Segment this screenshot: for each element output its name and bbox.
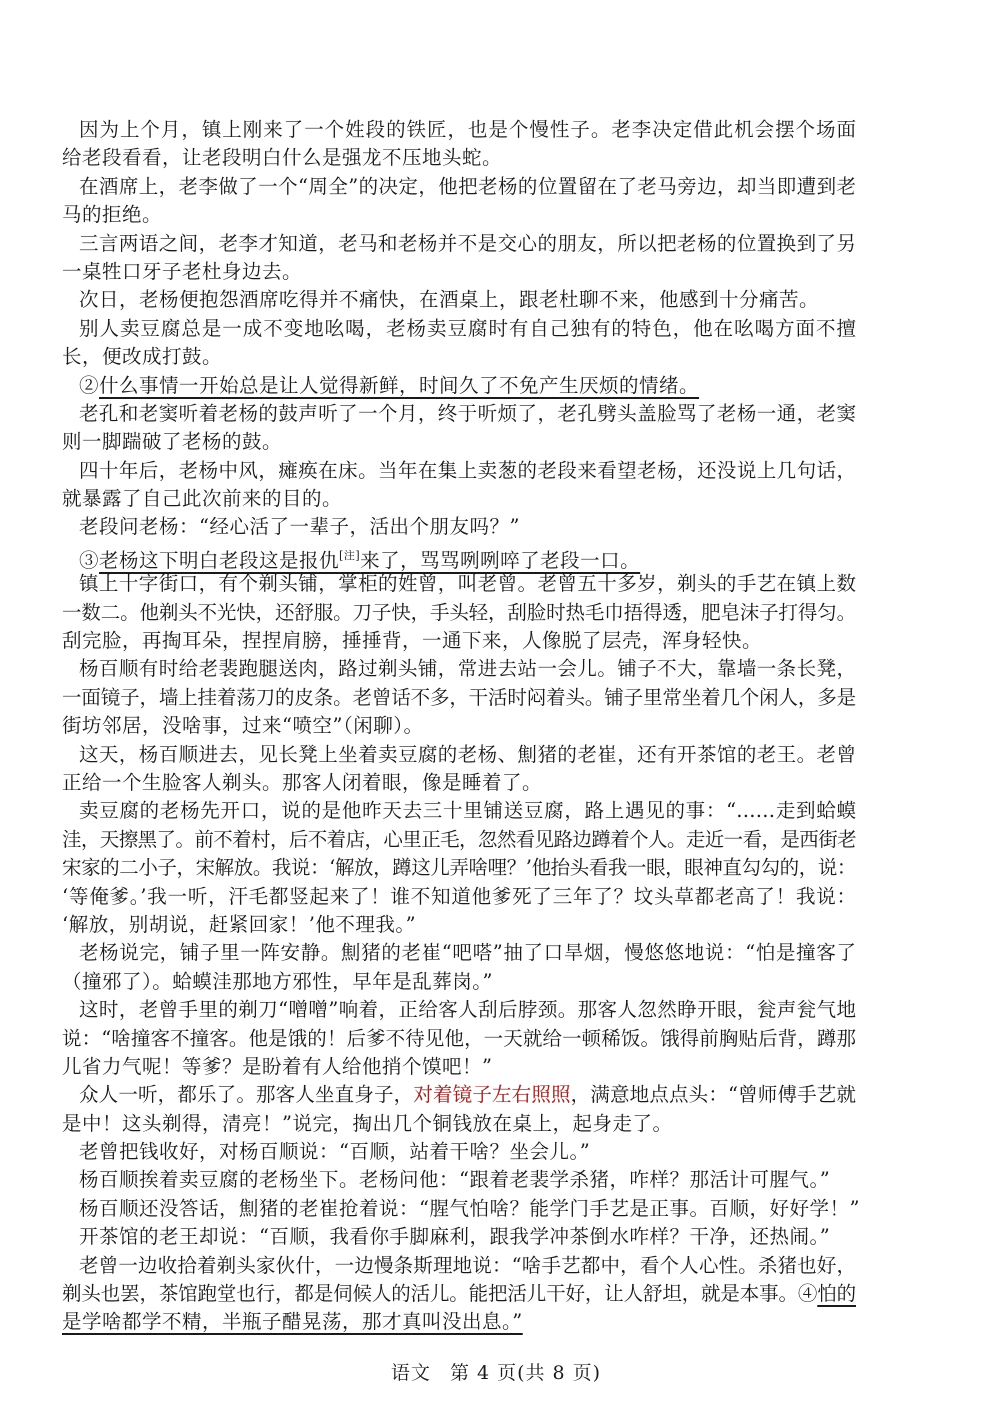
text-line: 杨百顺有时给老裴跑腿送肉，路过剃头铺，常进去站一会儿。铺子不大，靠墙一条长凳， [62,655,856,683]
text-line: 则一脚踹破了老杨的鼓。 [62,428,856,456]
text-line: 宋家的二小子，宋解放。我说：‘解放，蹲这儿弄啥哩？’他抬头看我一眼，眼神直勾勾的… [62,854,856,882]
text-segment: 刮完脸，再掏耳朵，捏捏肩膀，捶捶背，一通下来，人像脱了层壳，浑身轻快。 [62,629,762,652]
text-segment: 一桌牲口牙子老杜身边去。 [62,260,302,283]
text-segment: 宋家的二小子，宋解放。我说：‘解放，蹲这儿弄啥哩？’他抬头看我一眼，眼神直勾勾的… [62,856,856,879]
text-segment: ‘解放，别胡说，赶紧回家！’他不理我。” [62,913,416,936]
watermark-overlay-text: 对着镜子左右照照 [413,1083,570,1106]
text-segment: 一面镜子，墙上挂着荡刀的皮条。老曾话不多，干活时闷着头。铺子里常坐着几个闲人，多… [62,686,856,709]
exam-page: 因为上个月，镇上刚来了一个姓段的铁匠，也是个慢性子。老李决定借此机会摆个场面给老… [0,0,992,1403]
text-line: 老曾把钱收好，对杨百顺说：“百顺，站着干啥？坐会儿。” [62,1138,856,1166]
text-line: 众人一听，都乐了。那客人坐直身子，对着镜子左右照照，满意地点点头：“曾师傅手艺就 [62,1081,856,1109]
text-line: 老孔和老窦听着老杨的鼓声听了一个月，终于听烦了，老孔劈头盖脸骂了老杨一通，老窦 [62,400,856,428]
text-line: 一面镜子，墙上挂着荡刀的皮条。老曾话不多，干活时闷着头。铺子里常坐着几个闲人，多… [62,684,856,712]
text-segment: ，满意地点点头：“曾师傅手艺就 [571,1083,856,1106]
text-line: 这天，杨百顺进去，见长凳上坐着卖豆腐的老杨、劁猪的老崔，还有开茶馆的老王。老曾 [62,741,856,769]
text-segment: 剃头也罢，茶馆跑堂也行，都是伺候人的活儿。能把活儿干好，让人舒坦，就是本事。④ [62,1282,817,1305]
text-segment: 是中！这头剃得，清亮！”说完，掏出几个铜钱放在桌上，起身走了。 [62,1112,672,1135]
text-line: ②什么事情一开始总是让人觉得新鲜，时间久了不免产生厌烦的情绪。 [62,372,856,400]
underlined-sentence: 怕的 [817,1282,856,1305]
text-line: ③老杨这下明白老段这是报仇[注]来了，骂骂咧咧啐了老段一口。 [62,542,856,570]
text-line: 老段问老杨：“经心活了一辈子，活出个朋友吗？” [62,513,856,541]
text-segment: 因为上个月，镇上刚来了一个姓段的铁匠，也是个慢性子。老李决定借此机会摆个场面 [79,118,856,141]
text-line: 开茶馆的老王却说：“百顺，我看你手脚麻利，跟我学冲茶倒水咋样？干净，还热闹。” [62,1223,856,1251]
text-segment: 老曾把钱收好，对杨百顺说：“百顺，站着干啥？坐会儿。” [79,1140,590,1163]
text-segment: 洼，天擦黑了。前不着村，后不着店，心里正毛，忽然看见路边蹲着个人。走近一看，是西… [62,828,856,851]
text-segment: 这时，老曾手里的剃刀“噌噌”响着，正给客人刮后脖颈。那客人忽然睁开眼，瓮声瓮气地 [79,998,856,1021]
text-line: 说：“啥撞客不撞客。他是饿的！后爹不待见他，一天就给一顿稀饭。饿得前胸贴后背，蹲… [62,1025,856,1053]
text-line: 在酒席上，老李做了一个“周全”的决定，他把老杨的位置留在了老马旁边，却当即遭到老 [62,173,856,201]
text-line: 剃头也罢，茶馆跑堂也行，都是伺候人的活儿。能把活儿干好，让人舒坦，就是本事。④怕… [62,1280,856,1308]
text-line: 因为上个月，镇上刚来了一个姓段的铁匠，也是个慢性子。老李决定借此机会摆个场面 [62,116,856,144]
text-line: 一数二。他剃头不光快，还舒服。刀子快，手头轻，刮脸时热毛巾捂得透，肥皂沫子打得匀… [62,599,856,627]
text-segment: 给老段看看，让老段明白什么是强龙不压地头蛇。 [62,146,502,169]
text-line: 老杨说完，铺子里一阵安静。劁猪的老崔“吧嗒”抽了口旱烟，慢悠悠地说：“怕是撞客了 [62,939,856,967]
text-line: 卖豆腐的老杨先开口，说的是他昨天去三十里铺送豆腐，路上遇见的事：“……走到蛤蟆 [62,797,856,825]
text-line: 杨百顺还没答话，劁猪的老崔抢着说：“腥气怕啥？能学门手艺是正事。百顺，好好学！” [62,1195,856,1223]
footer-page-number: 第 4 页(共 8 页) [450,1362,601,1384]
text-segment: 杨百顺挨着卖豆腐的老杨坐下。老杨问他：“跟着老裴学杀猪，咋样？那活计可腥气。” [79,1168,830,1191]
text-segment: 次日，老杨便抱怨酒席吃得并不痛快，在酒桌上，跟老杜聊不来，他感到十分痛苦。 [79,288,819,311]
text-segment: 镇上十字街口，有个剃头铺，掌柜的姓曾，叫老曾。老曾五十多岁，剃头的手艺在镇上数 [79,572,856,595]
text-segment: 一数二。他剃头不光快，还舒服。刀子快，手头轻，刮脸时热毛巾捂得透，肥皂沫子打得匀… [62,601,856,624]
footnote-marker: [注] [339,549,360,562]
text-line: 长，便改成打鼓。 [62,343,856,371]
text-segment: 街坊邻居，没啥事，过来“喷空”（闲聊）。 [62,714,423,737]
text-segment: 老杨说完，铺子里一阵安静。劁猪的老崔“吧嗒”抽了口旱烟，慢悠悠地说：“怕是撞客了 [79,941,856,964]
text-segment: 就暴露了自己此次前来的目的。 [62,487,342,510]
text-line: ‘解放，别胡说，赶紧回家！’他不理我。” [62,911,856,939]
text-line: 儿省力气呢！等爹？是盼着有人给他捎个馍吧！” [62,1053,856,1081]
text-segment: 则一脚踹破了老杨的鼓。 [62,430,282,453]
text-line: 一桌牲口牙子老杜身边去。 [62,258,856,286]
text-line: 是学啥都学不精，半瓶子醋晃荡，那才真叫没出息。” [62,1308,856,1336]
text-line: 就暴露了自己此次前来的目的。 [62,485,856,513]
text-segment: 杨百顺还没答话，劁猪的老崔抢着说：“腥气怕啥？能学门手艺是正事。百顺，好好学！” [79,1197,860,1220]
text-line: 正给一个生脸客人剃头。那客人闭着眼，像是睡着了。 [62,769,856,797]
text-segment: 长，便改成打鼓。 [62,345,222,368]
text-line: 三言两语之间，老李才知道，老马和老杨并不是交心的朋友，所以把老杨的位置换到了另 [62,230,856,258]
underlined-sentence: 老杨这下明白老段这是报仇[注]来了，骂骂咧咧啐了老段一口。 [99,549,640,572]
footer-subject: 语文 [391,1362,431,1384]
text-line: 老曾一边收拾着剃头家伙什，一边慢条斯理地说：“啥手艺都中，看个人心性。杀猪也好， [62,1252,856,1280]
underlined-sentence: 什么事情一开始总是让人觉得新鲜，时间久了不免产生厌烦的情绪。 [99,374,699,397]
text-segment: 这天，杨百顺进去，见长凳上坐着卖豆腐的老杨、劁猪的老崔，还有开茶馆的老王。老曾 [79,743,856,766]
text-line: 别人卖豆腐总是一成不变地吆喝，老杨卖豆腐时有自己独有的特色，他在吆喝方面不擅 [62,315,856,343]
text-segment: 别人卖豆腐总是一成不变地吆喝，老杨卖豆腐时有自己独有的特色，他在吆喝方面不擅 [79,317,856,340]
text-segment: 卖豆腐的老杨先开口，说的是他昨天去三十里铺送豆腐，路上遇见的事：“……走到蛤蟆 [79,799,856,822]
question-marker: ③ [79,549,99,572]
text-line: 给老段看看，让老段明白什么是强龙不压地头蛇。 [62,144,856,172]
text-line: 洼，天擦黑了。前不着村，后不着店，心里正毛，忽然看见路边蹲着个人。走近一看，是西… [62,826,856,854]
text-segment: 马的拒绝。 [62,203,162,226]
underlined-sentence: 是学啥都学不精，半瓶子醋晃荡，那才真叫没出息。” [62,1310,523,1333]
text-segment: ‘等俺爹。’我一听，汗毛都竖起来了！谁不知道他爹死了三年了？坟头草都老高了！我说… [62,885,856,908]
text-line: 刮完脸，再掏耳朵，捏捏肩膀，捶捶背，一通下来，人像脱了层壳，浑身轻快。 [62,627,856,655]
text-segment: 三言两语之间，老李才知道，老马和老杨并不是交心的朋友，所以把老杨的位置换到了另 [79,232,856,255]
page-footer: 语文 第 4 页(共 8 页) [0,1358,992,1385]
text-segment: 在酒席上，老李做了一个“周全”的决定，他把老杨的位置留在了老马旁边，却当即遭到老 [79,175,856,198]
text-line: 这时，老曾手里的剃刀“噌噌”响着，正给客人刮后脖颈。那客人忽然睁开眼，瓮声瓮气地 [62,996,856,1024]
text-line: 街坊邻居，没啥事，过来“喷空”（闲聊）。 [62,712,856,740]
text-segment: 众人一听，都乐了。那客人坐直身子， [79,1083,413,1106]
text-segment: 开茶馆的老王却说：“百顺，我看你手脚麻利，跟我学冲茶倒水咋样？干净，还热闹。” [79,1225,830,1248]
text-line: 马的拒绝。 [62,201,856,229]
text-line: 镇上十字街口，有个剃头铺，掌柜的姓曾，叫老曾。老曾五十多岁，剃头的手艺在镇上数 [62,570,856,598]
text-segment: 杨百顺有时给老裴跑腿送肉，路过剃头铺，常进去站一会儿。铺子不大，靠墙一条长凳， [79,657,856,680]
text-segment: 说：“啥撞客不撞客。他是饿的！后爹不待见他，一天就给一顿稀饭。饿得前胸贴后背，蹲… [62,1027,856,1050]
passage-body: 因为上个月，镇上刚来了一个姓段的铁匠，也是个慢性子。老李决定借此机会摆个场面给老… [62,116,856,1337]
text-line: ‘等俺爹。’我一听，汗毛都竖起来了！谁不知道他爹死了三年了？坟头草都老高了！我说… [62,883,856,911]
text-line: 杨百顺挨着卖豆腐的老杨坐下。老杨问他：“跟着老裴学杀猪，咋样？那活计可腥气。” [62,1166,856,1194]
text-segment: 老孔和老窦听着老杨的鼓声听了一个月，终于听烦了，老孔劈头盖脸骂了老杨一通，老窦 [79,402,856,425]
text-segment: 老曾一边收拾着剃头家伙什，一边慢条斯理地说：“啥手艺都中，看个人心性。杀猪也好， [79,1254,856,1277]
text-segment: 四十年后，老杨中风，瘫痪在床。当年在集上卖葱的老段来看望老杨，还没说上几句话， [79,459,856,482]
text-line: 四十年后，老杨中风，瘫痪在床。当年在集上卖葱的老段来看望老杨，还没说上几句话， [62,457,856,485]
text-line: 次日，老杨便抱怨酒席吃得并不痛快，在酒桌上，跟老杜聊不来，他感到十分痛苦。 [62,286,856,314]
text-segment: 儿省力气呢！等爹？是盼着有人给他捎个馍吧！” [62,1055,492,1078]
text-line: 是中！这头剃得，清亮！”说完，掏出几个铜钱放在桌上，起身走了。 [62,1110,856,1138]
text-segment: （撞邪了）。蛤蟆洼那地方邪性，早年是乱葬岗。” [62,970,493,993]
question-marker: ② [79,374,99,397]
text-segment: 老段问老杨：“经心活了一辈子，活出个朋友吗？” [79,515,520,538]
text-line: （撞邪了）。蛤蟆洼那地方邪性，早年是乱葬岗。” [62,968,856,996]
text-segment: 正给一个生脸客人剃头。那客人闭着眼，像是睡着了。 [62,771,542,794]
